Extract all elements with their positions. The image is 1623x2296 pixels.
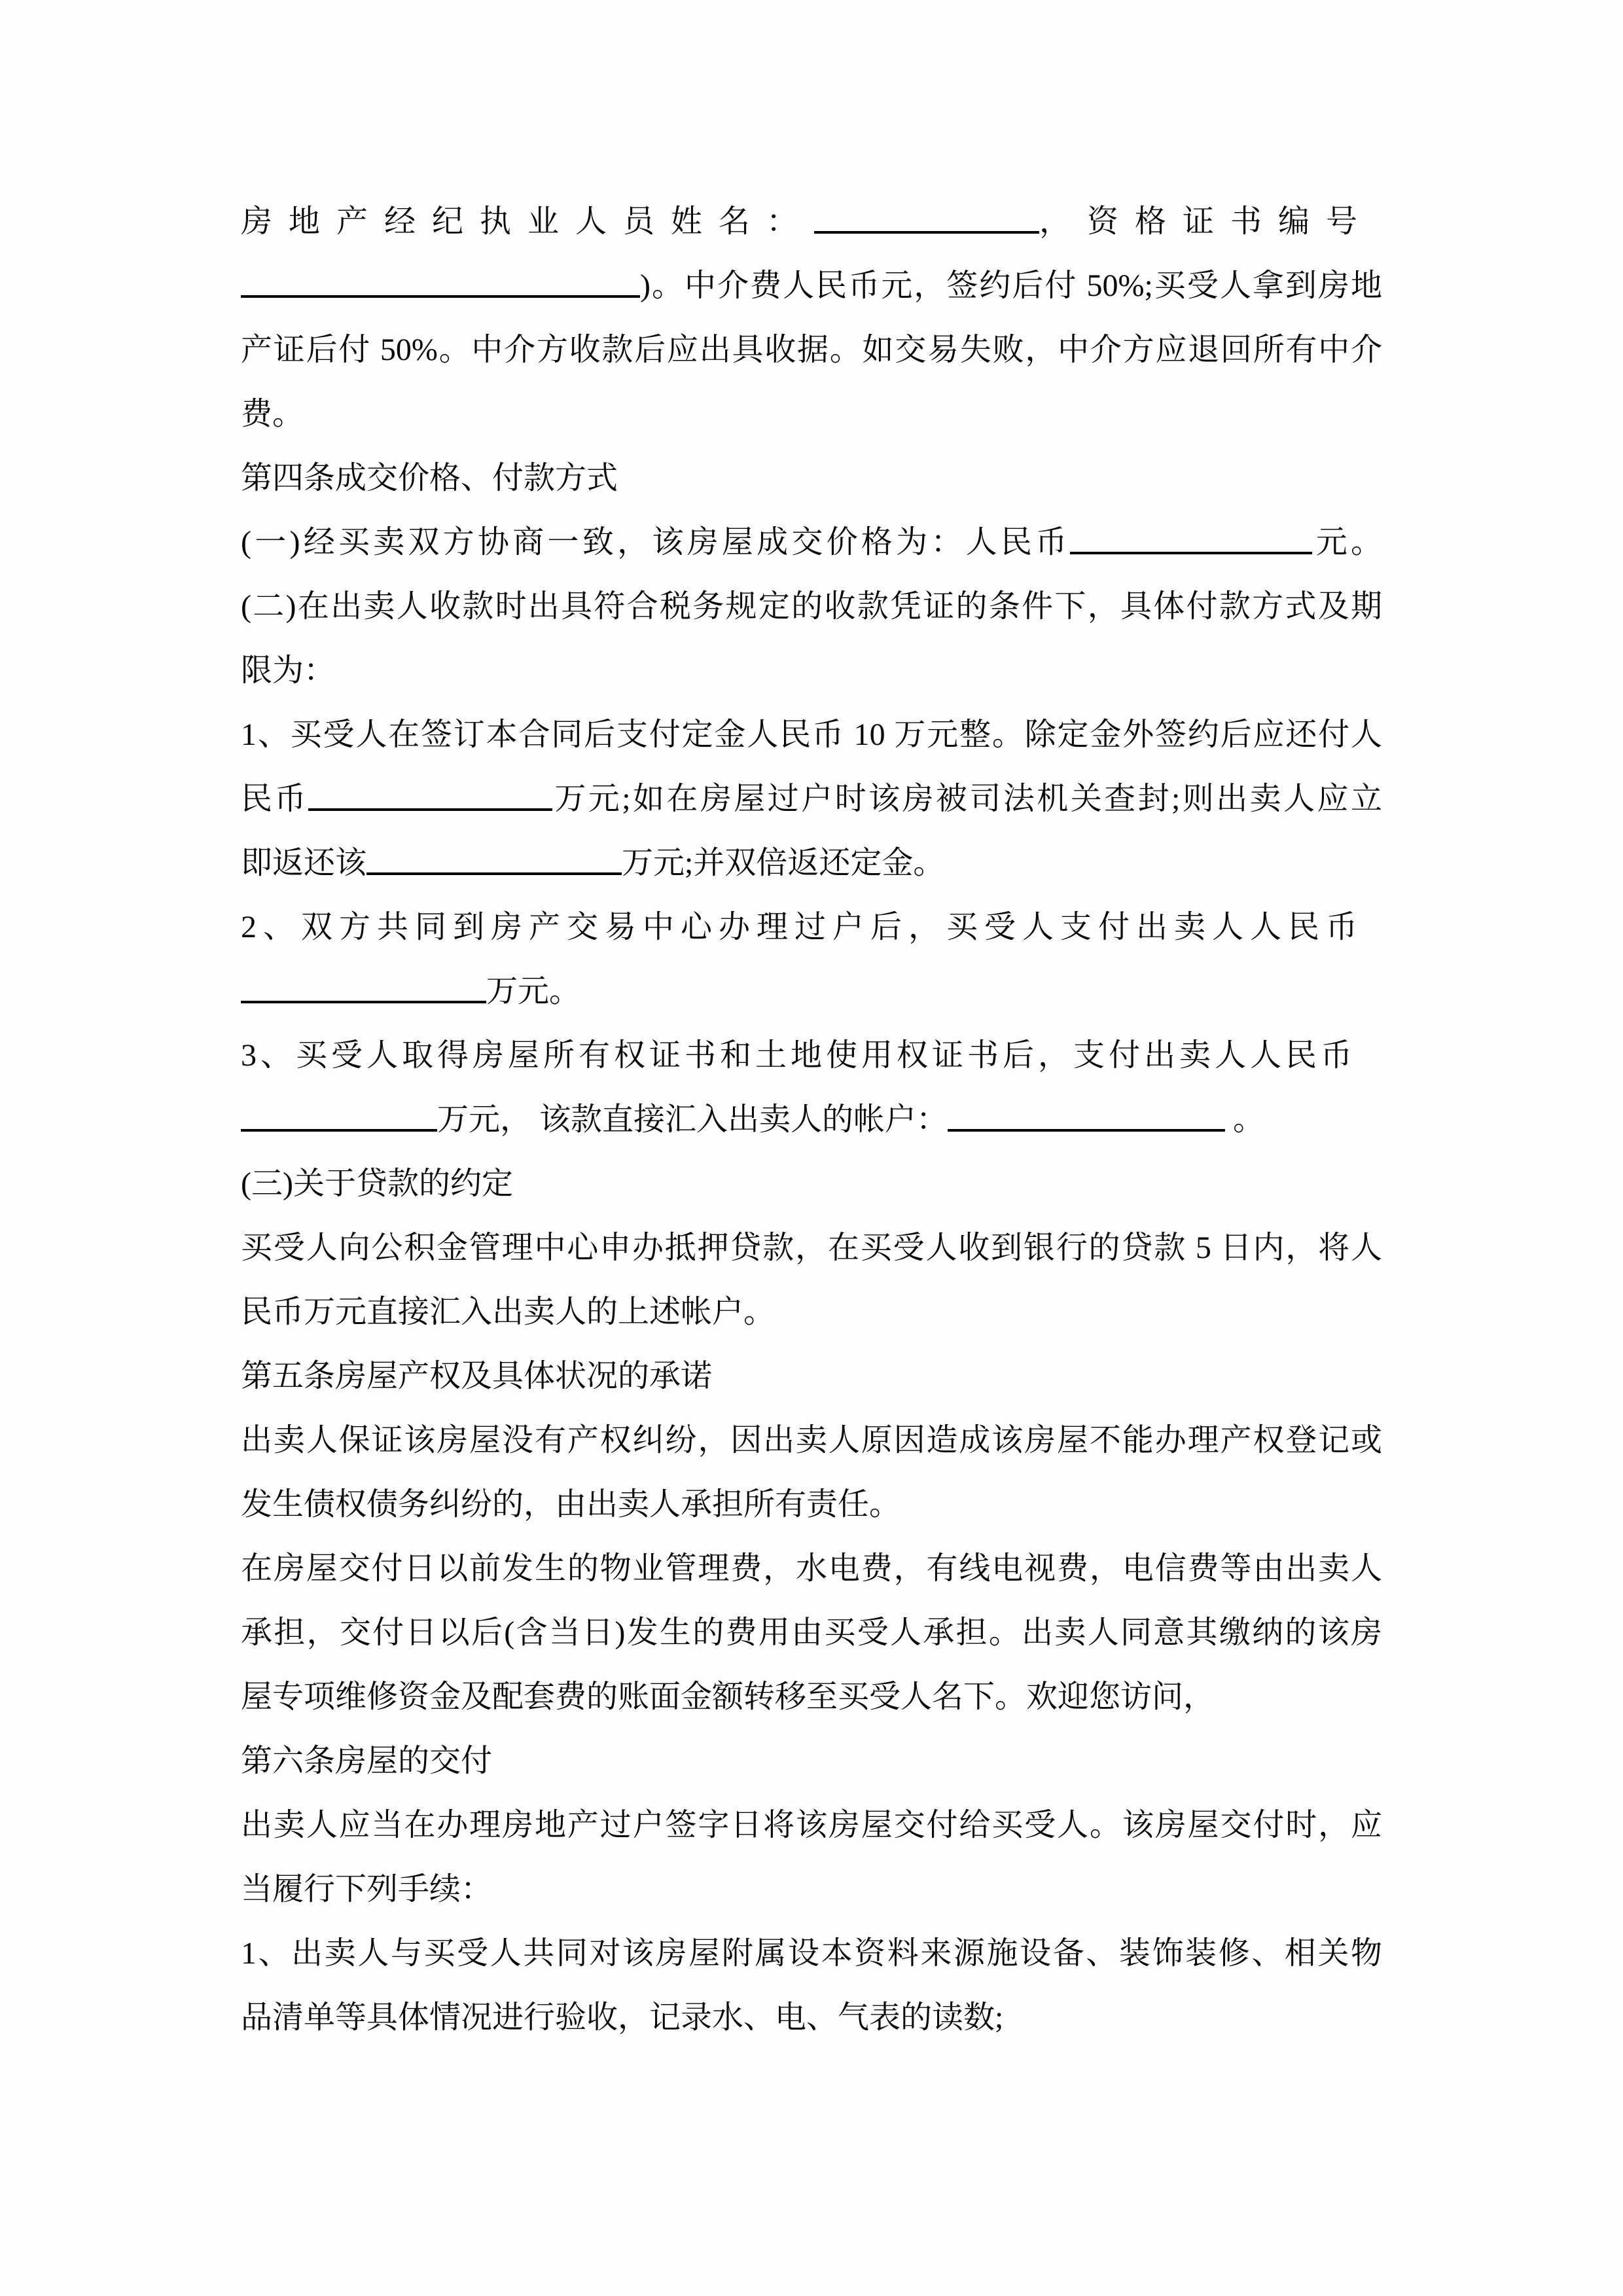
text-line: )。中介费人民币元，签约后付 50%;买受人拿到房地 <box>241 254 1382 318</box>
text-line: 发生债权债务纠纷的，由出卖人承担所有责任。 <box>241 1473 1382 1537</box>
text-line: 出卖人保证该房屋没有产权纠纷，因出卖人原因造成该房屋不能办理产权登记或 <box>241 1408 1382 1473</box>
text-segment: 。 <box>1225 1102 1264 1137</box>
fill-in-blank <box>1070 548 1312 554</box>
text-segment: 发生债权债务纠纷的，由出卖人承担所有责任。 <box>241 1487 901 1522</box>
text-segment: 房地产经纪执业人员姓名： <box>241 204 814 239</box>
text-segment: 品清单等具体情况进行验收，记录水、电、气表的读数; <box>241 2000 1003 2035</box>
text-line: 第五条房屋产权及具体状况的承诺 <box>241 1344 1382 1408</box>
text-segment: 1、买受人在签订本合同后支付定金人民币 10 万元整。除定金外签约后应还付人 <box>241 717 1382 752</box>
text-segment: 承担，交付日以后(含当日)发生的费用由买受人承担。出卖人同意其缴纳的该房 <box>241 1615 1382 1650</box>
text-segment: 屋专项维修资金及配套费的账面金额转移至买受人名下。欢迎您访问， <box>241 1679 1215 1714</box>
text-line: 当履行下列手续： <box>241 1857 1382 1922</box>
text-segment: 3、买受人取得房屋所有权证书和土地使用权证书后，支付出卖人人民币 <box>241 1038 1356 1073</box>
text-segment: 买受人向公积金管理中心申办抵押贷款，在买受人收到银行的贷款 5 日内，将人 <box>241 1230 1382 1265</box>
text-segment: 第四条成交价格、付款方式 <box>241 461 618 495</box>
text-line: 房地产经纪执业人员姓名：，资格证书编号 <box>241 190 1382 254</box>
text-segment: )。中介费人民币元，签约后付 50%;买受人拿到房地 <box>640 268 1382 303</box>
text-segment: 第六条房屋的交付 <box>241 1744 492 1778</box>
text-segment: 万元， 该款直接汇入出卖人的帐户： <box>437 1102 948 1137</box>
fill-in-blank <box>948 1125 1225 1132</box>
text-segment: 万元;并双倍返还定金。 <box>622 846 944 880</box>
text-line: (二)在出卖人收款时出具符合税务规定的收款凭证的条件下，具体付款方式及期 <box>241 575 1382 639</box>
text-line: 1、买受人在签订本合同后支付定金人民币 10 万元整。除定金外签约后应还付人 <box>241 703 1382 767</box>
text-segment: (一)经买卖双方协商一致，该房屋成交价格为：人民币 <box>241 525 1070 560</box>
text-segment: 出卖人保证该房屋没有产权纠纷，因出卖人原因造成该房屋不能办理产权登记或 <box>241 1423 1382 1458</box>
text-line: (三)关于贷款的约定 <box>241 1152 1382 1216</box>
text-line: 民币万元;如在房屋过户时该房被司法机关查封;则出卖人应立 <box>241 767 1382 831</box>
text-line: 出卖人应当在办理房地产过户签字日将该房屋交付给买受人。该房屋交付时，应 <box>241 1793 1382 1857</box>
text-line: 费。 <box>241 382 1382 446</box>
text-line: 限为： <box>241 639 1382 703</box>
text-segment: (二)在出卖人收款时出具符合税务规定的收款凭证的条件下，具体付款方式及期 <box>241 589 1382 624</box>
text-line: 第四条成交价格、付款方式 <box>241 446 1382 511</box>
text-segment: 万元;如在房屋过户时该房被司法机关查封;则出卖人应立 <box>552 781 1382 816</box>
text-segment: 第五条房屋产权及具体状况的承诺 <box>241 1359 712 1393</box>
text-segment: 即返还该 <box>241 846 366 880</box>
text-line: 买受人向公积金管理中心申办抵押贷款，在买受人收到银行的贷款 5 日内，将人 <box>241 1216 1382 1280</box>
text-line: 产证后付 50%。中介方收款后应出具收据。如交易失败，中介方应退回所有中介 <box>241 318 1382 382</box>
text-line: 第六条房屋的交付 <box>241 1729 1382 1793</box>
text-line: 1、出卖人与买受人共同对该房屋附属设本资料来源施设备、装饰装修、相关物 <box>241 1922 1382 1986</box>
text-line: 万元。 <box>241 960 1382 1024</box>
text-segment: 1、出卖人与买受人共同对该房屋附属设本资料来源施设备、装饰装修、相关物 <box>241 1936 1382 1971</box>
text-segment: 当履行下列手续： <box>241 1872 492 1907</box>
text-line: 品清单等具体情况进行验收，记录水、电、气表的读数; <box>241 1986 1382 2050</box>
fill-in-blank <box>308 804 552 811</box>
text-line: 民币万元直接汇入出卖人的上述帐户。 <box>241 1280 1382 1344</box>
text-line: 屋专项维修资金及配套费的账面金额转移至买受人名下。欢迎您访问， <box>241 1665 1382 1729</box>
text-segment: 限为： <box>241 653 335 688</box>
text-segment: ，资格证书编号 <box>1039 204 1374 239</box>
text-segment: 民币万元直接汇入出卖人的上述帐户。 <box>241 1295 775 1329</box>
text-line: (一)经买卖双方协商一致，该房屋成交价格为：人民币元。 <box>241 511 1382 575</box>
text-segment: 在房屋交付日以前发生的物业管理费，水电费，有线电视费，电信费等由出卖人 <box>241 1551 1382 1586</box>
text-segment: 产证后付 50%。中介方收款后应出具收据。如交易失败，中介方应退回所有中介 <box>241 332 1382 367</box>
fill-in-blank <box>814 227 1039 234</box>
text-line: 即返还该万元;并双倍返还定金。 <box>241 831 1382 895</box>
contract-body: 房地产经纪执业人员姓名：，资格证书编号)。中介费人民币元，签约后付 50%;买受… <box>241 190 1382 2050</box>
text-segment: 2、双方共同到房产交易中心办理过户后，买受人支付出卖人人民币 <box>241 910 1364 944</box>
fill-in-blank <box>241 997 486 1003</box>
text-segment: 万元。 <box>486 974 580 1009</box>
text-segment: (三)关于贷款的约定 <box>241 1166 513 1201</box>
text-segment: 费。 <box>241 397 304 431</box>
text-segment: 出卖人应当在办理房地产过户签字日将该房屋交付给买受人。该房屋交付时，应 <box>241 1808 1382 1842</box>
text-line: 3、买受人取得房屋所有权证书和土地使用权证书后，支付出卖人人民币 <box>241 1024 1382 1088</box>
text-segment: 元。 <box>1312 525 1382 560</box>
text-line: 万元， 该款直接汇入出卖人的帐户： 。 <box>241 1088 1382 1152</box>
text-line: 2、双方共同到房产交易中心办理过户后，买受人支付出卖人人民币 <box>241 895 1382 960</box>
fill-in-blank <box>366 869 622 875</box>
text-line: 承担，交付日以后(含当日)发生的费用由买受人承担。出卖人同意其缴纳的该房 <box>241 1601 1382 1665</box>
contract-document-page: 房地产经纪执业人员姓名：，资格证书编号)。中介费人民币元，签约后付 50%;买受… <box>0 0 1623 2296</box>
fill-in-blank <box>241 1125 437 1132</box>
fill-in-blank <box>241 291 640 298</box>
text-line: 在房屋交付日以前发生的物业管理费，水电费，有线电视费，电信费等由出卖人 <box>241 1537 1382 1601</box>
text-segment: 民币 <box>241 781 308 816</box>
